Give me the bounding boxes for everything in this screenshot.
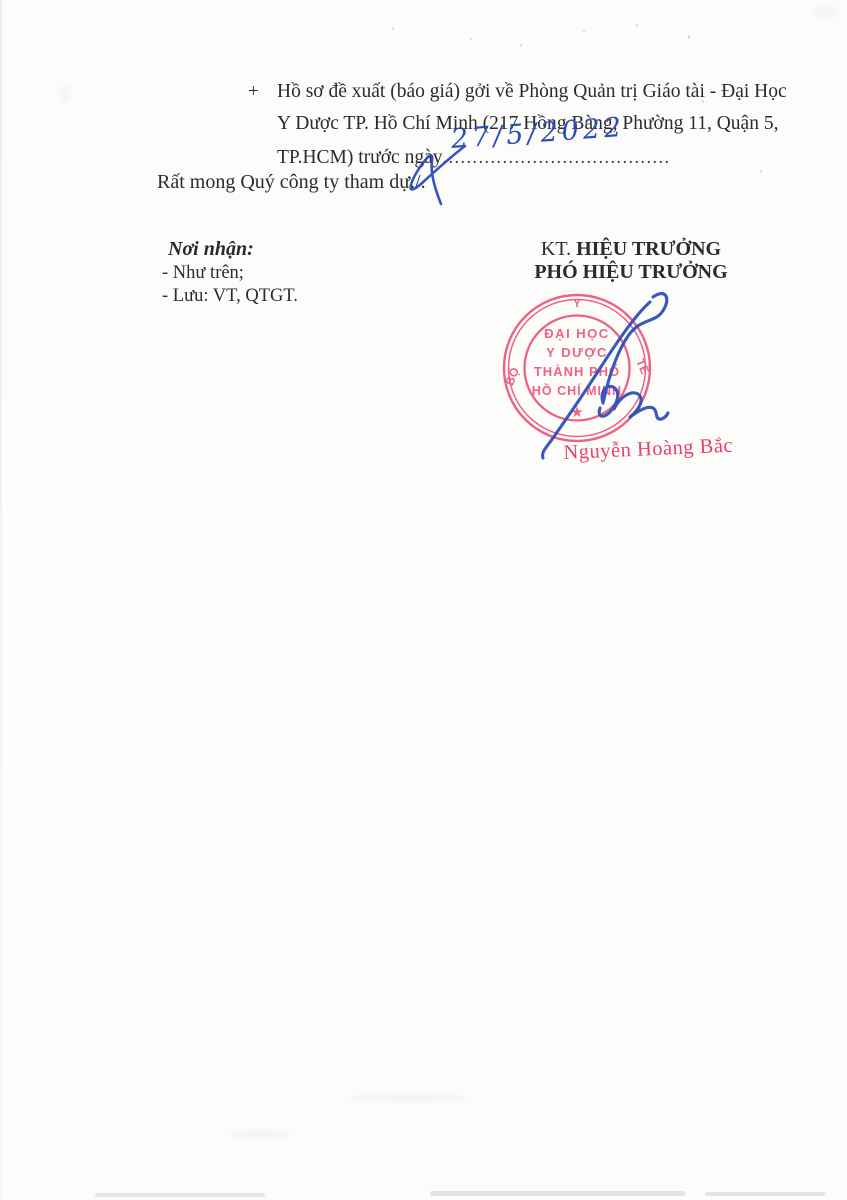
bullet-plus-symbol: +	[248, 76, 259, 109]
recipient-item: - Như trên;	[162, 263, 244, 284]
signature-title-block: KT. HIỆU TRƯỞNG PHÓ HIỆU TRƯỞNG	[495, 238, 767, 284]
scan-speck	[688, 35, 690, 39]
scanned-letter-page: + Hồ sơ đề xuất (báo giá) gởi về Phòng Q…	[0, 0, 847, 1200]
scan-bottom-artifact	[430, 1191, 685, 1196]
scan-speck	[470, 38, 472, 40]
deadline-text: TP.HCM) trước ngày	[277, 147, 443, 168]
stamp-inner-ring	[525, 316, 630, 421]
stamp-ring-text-top: Y	[573, 298, 581, 310]
title-bold: HIỆU TRƯỞNG	[576, 238, 721, 260]
scan-bottom-artifact	[95, 1193, 265, 1197]
kt-prefix: KT.	[541, 238, 576, 260]
scan-speck	[583, 30, 585, 32]
stamp-center-line2: Y DƯỢC	[546, 345, 608, 360]
scan-bottom-artifact	[705, 1192, 825, 1196]
scan-smudge	[815, 6, 837, 18]
stamp-center-line3: THÀNH PHỐ	[534, 364, 620, 379]
scan-smudge	[230, 1130, 290, 1138]
scan-smudge	[60, 85, 69, 103]
scan-smudge	[350, 1095, 470, 1102]
stamp-center-line1: ĐẠI HỌC	[544, 326, 609, 341]
stamp-ring-text-left: BỘ	[502, 365, 523, 387]
recipient-item: - Lưu: VT, QTGT.	[162, 286, 298, 307]
scan-speck	[760, 170, 762, 173]
stamp-ring-text-right: TẾ	[633, 356, 653, 376]
stamp-center-line4: HỒ CHÍ MINH	[532, 383, 622, 398]
signer-name: Nguyễn Hoàng Bắc	[563, 435, 734, 465]
official-stamp: Y BỘ TẾ ĐẠI HỌC Y DƯỢC THÀNH PHỐ HỒ CHÍ …	[502, 295, 654, 441]
scan-speck	[636, 24, 638, 27]
proposal-line-1: Hồ sơ đề xuất (báo giá) gởi về Phòng Quả…	[277, 76, 787, 109]
scan-edge-shadow	[0, 0, 2, 1200]
closing-sentence: Rất mong Quý công ty tham dự./.	[157, 171, 426, 194]
stamp-outer-ring	[504, 295, 650, 441]
recipients-heading: Nơi nhận:	[168, 238, 254, 261]
stamp-mid-ring	[509, 300, 646, 437]
scan-speck	[392, 27, 394, 30]
signature-strokes	[543, 294, 668, 458]
scan-speck	[702, 100, 704, 103]
signature-title-line2: PHÓ HIỆU TRƯỞNG	[495, 261, 767, 284]
scan-speck	[520, 44, 522, 47]
stamp-star-icon: ★	[570, 404, 583, 421]
signature-title-line1: KT. HIỆU TRƯỞNG	[495, 238, 767, 261]
